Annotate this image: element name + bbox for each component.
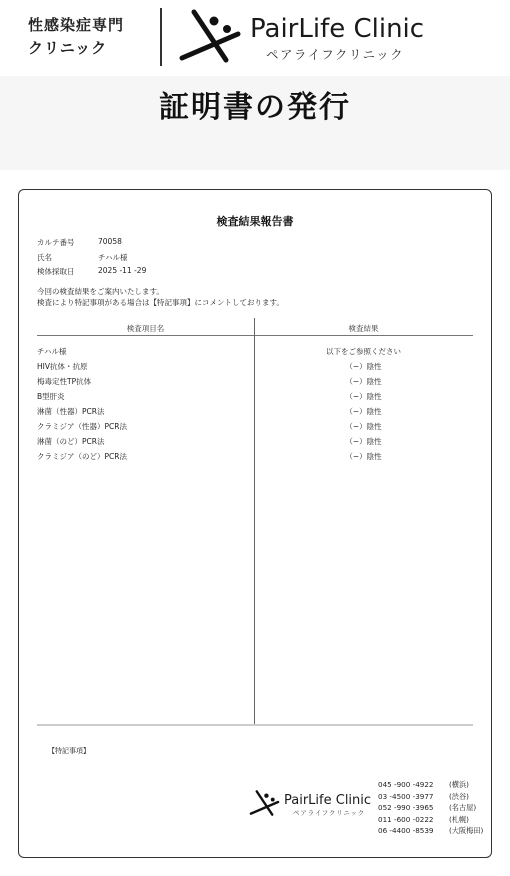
notice-line1: 今回の検査結果をご案内いたします。: [37, 286, 164, 297]
chart-number-label: カルテ番号: [37, 237, 75, 248]
patient-name-label: 氏名: [37, 252, 52, 263]
phone-nagoya: 052 -990 -3965(名古屋): [378, 803, 476, 813]
header-logo-name[interactable]: PairLife Clinic: [250, 14, 424, 44]
table-header-divider: [37, 335, 473, 336]
table-row-result: （−）陰性: [254, 391, 473, 402]
header-divider: [160, 8, 162, 66]
table-row-result: （−）陰性: [254, 406, 473, 417]
table-row-result: （−）陰性: [254, 451, 473, 462]
phone-yokohama: 045 -900 -4922(横浜): [378, 780, 469, 790]
phone-sapporo: 011 -600 -0222(札幌): [378, 815, 469, 825]
table-row-result: （−）陰性: [254, 421, 473, 432]
notice-line2: 検査により特記事項がある場合は【特記事項】にコメントしております。: [37, 297, 284, 308]
table-row-name: B型肝炎: [37, 391, 65, 402]
person-x-icon: [248, 788, 280, 818]
table-bottom-divider: [37, 724, 473, 726]
footer-logo-name: PairLife Clinic: [284, 793, 371, 808]
table-row-name: 梅毒定性TP抗体: [37, 376, 91, 387]
patient-name-value: チハル様: [98, 252, 128, 263]
table-row-name: クラミジア（性器）PCR法: [37, 421, 127, 432]
table-row-name: 淋菌（のど）PCR法: [37, 436, 104, 447]
table-row-name: 淋菌（性器）PCR法: [37, 406, 104, 417]
report-title: 検査結果報告書: [0, 213, 510, 229]
table-row-result: （−）陰性: [254, 361, 473, 372]
header-logo-kana: ペアライフクリニック: [266, 45, 404, 63]
table-row-result: 以下をご参照ください: [254, 346, 473, 357]
chart-number-value: 70058: [98, 237, 122, 246]
remarks-label: 【特記事項】: [48, 746, 90, 756]
table-row-name: HIV抗体・抗原: [37, 361, 87, 372]
column-header-test-name: 検査項目名: [37, 323, 254, 334]
column-header-result: 検査結果: [254, 323, 473, 334]
person-x-icon[interactable]: [176, 8, 242, 64]
tagline-line2: クリニック: [28, 37, 124, 60]
footer-logo-kana: ペアライフクリニック: [293, 808, 365, 817]
header-tagline: 性感染症専門 クリニック: [28, 14, 124, 60]
tagline-line1: 性感染症専門: [28, 14, 124, 37]
site-header: 性感染症専門 クリニック PairLife Clinic ペアライフクリニック: [0, 0, 510, 76]
table-row-name: クラミジア（のど）PCR法: [37, 451, 127, 462]
collection-date-value: 2025 -11 -29: [98, 266, 146, 275]
table-row-name: チハル様: [37, 346, 67, 357]
phone-osaka-umeda: 06 -4400 -8539(大阪梅田): [378, 826, 483, 836]
table-row-result: （−）陰性: [254, 436, 473, 447]
table-row-result: （−）陰性: [254, 376, 473, 387]
phone-shibuya: 03 -4500 -3977(渋谷): [378, 792, 469, 802]
collection-date-label: 検体採取日: [37, 266, 75, 277]
page-title: 証明書の発行: [0, 82, 510, 126]
